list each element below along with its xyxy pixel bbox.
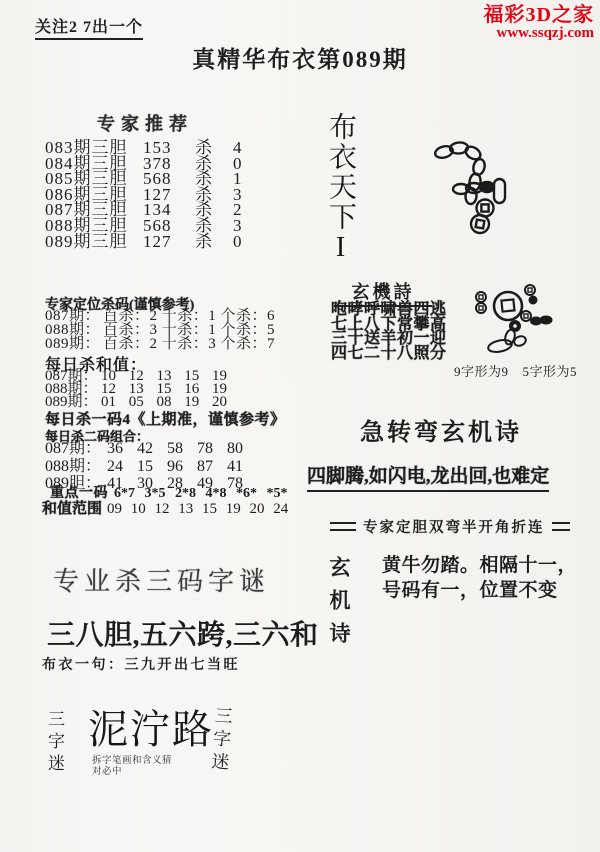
daily-kill-sum-rows: 087期：10 12 13 15 19 088期：12 13 15 16 19 … — [45, 370, 227, 410]
three-char-riddle-label-right: 三字迷 — [206, 705, 237, 776]
site-url: www.ssqzj.com — [484, 26, 594, 42]
list-item: 088期：24 15 96 87 41 — [45, 458, 243, 476]
coin-graphic — [472, 283, 567, 358]
sharp-turn-title: 急转弯玄机诗 — [360, 412, 522, 447]
buyi-one-line: 布衣一句：三九开出七当旺 — [42, 654, 240, 674]
sum-range-label: 和值范围 — [42, 501, 102, 517]
double-bar-left — [330, 522, 356, 531]
riddle-hint-line1: 拆字笔画和含义猜 — [92, 756, 172, 767]
digit-shape-caption: 9字形为95字形为5 — [454, 361, 577, 380]
riddle-hint-note: 拆字笔画和含义猜 对必中 — [92, 756, 172, 778]
mystery-poem2-vertical-title: 玄机诗 — [324, 556, 354, 655]
bean-digit-graphic — [428, 132, 543, 254]
issue-cell: 089期三胆 — [45, 234, 143, 250]
three-char-riddle-word: 泥泞路 — [88, 698, 214, 755]
top-attention-note: 关注2 7出一个 — [35, 14, 143, 40]
riddle-hint-line2: 对必中 — [92, 767, 172, 778]
page-title: 真精华布衣第089期 — [0, 41, 600, 74]
poem-line: 号码有一，位置不变 — [382, 578, 577, 603]
list-item: 089期：百杀：2 十杀：3 个杀：7 — [45, 337, 275, 351]
poem-line: 四七二十八照分 — [331, 347, 447, 362]
three-code-title: 专业杀三码字谜 — [53, 561, 270, 598]
site-watermark: 福彩3D之家 www.ssqzj.com — [484, 5, 594, 42]
position-kill-rows: 087期：百杀：2 十杀：1 个杀：6 088期：百杀：3 十杀：1 个杀：5 … — [45, 309, 275, 352]
expert-dan-text: 专家定胆双弯半开角折连 — [363, 516, 545, 537]
mystery-poem2-lines: 黄牛勿踏。相隔十一， 号码有一，位置不变 — [382, 553, 577, 603]
scanned-lottery-sheet: 关注2 7出一个 福彩3D之家 www.ssqzj.com 真精华布衣第089期… — [0, 0, 600, 852]
sum-range-value: 09 10 12 13 15 19 20 24 — [107, 501, 288, 517]
list-item: 087期：36 42 58 78 80 — [45, 440, 243, 458]
kill-text: 百杀：2 十杀：3 个杀：7 — [103, 336, 275, 352]
issue-cell: 089期： — [45, 337, 103, 351]
double-bar-right — [552, 522, 570, 531]
expert-recommend-title: 专家推荐 — [97, 110, 193, 136]
three-char-riddle-label-left: 三字迷 — [42, 710, 67, 776]
numbers: 36 42 58 78 80 — [107, 440, 243, 457]
caption-part2: 5字形为5 — [523, 364, 578, 379]
site-name: 福彩3D之家 — [484, 5, 594, 26]
kill-label: 杀 — [195, 234, 233, 250]
issue-cell: 087期： — [45, 440, 107, 458]
expert-recommend-table: 083期三胆 153 杀 4 084期三胆 378 杀 0 085期三胆 568… — [45, 140, 249, 249]
table-row: 089期三胆 127 杀 0 — [45, 234, 249, 250]
three-code-riddle: 三八胆,五六跨,三六和 — [47, 613, 319, 653]
issue-cell: 088期： — [45, 458, 107, 476]
expert-dan-line: 专家定胆双弯半开角折连 — [330, 516, 570, 537]
sharp-turn-line: 四脚腾,如闪电,龙出回,也难定 — [307, 461, 549, 492]
mystery-poem-lines: 咆哮呼啸兽四逃 七上八下常攀高 三十送羊初一迎 四七二十八照分 — [331, 303, 447, 361]
numbers: 24 15 96 87 41 — [107, 458, 243, 475]
poem-line: 黄牛勿踏。相隔十一， — [382, 553, 577, 578]
buyi-tianxia-vertical-title: 布衣天下I — [320, 112, 360, 265]
sum-range-line: 和值范围09 10 12 13 15 19 20 24 — [42, 497, 288, 518]
kill-cell: 0 — [233, 234, 249, 250]
dan-cell: 127 — [143, 234, 195, 250]
caption-part1: 9字形为9 — [454, 364, 509, 379]
